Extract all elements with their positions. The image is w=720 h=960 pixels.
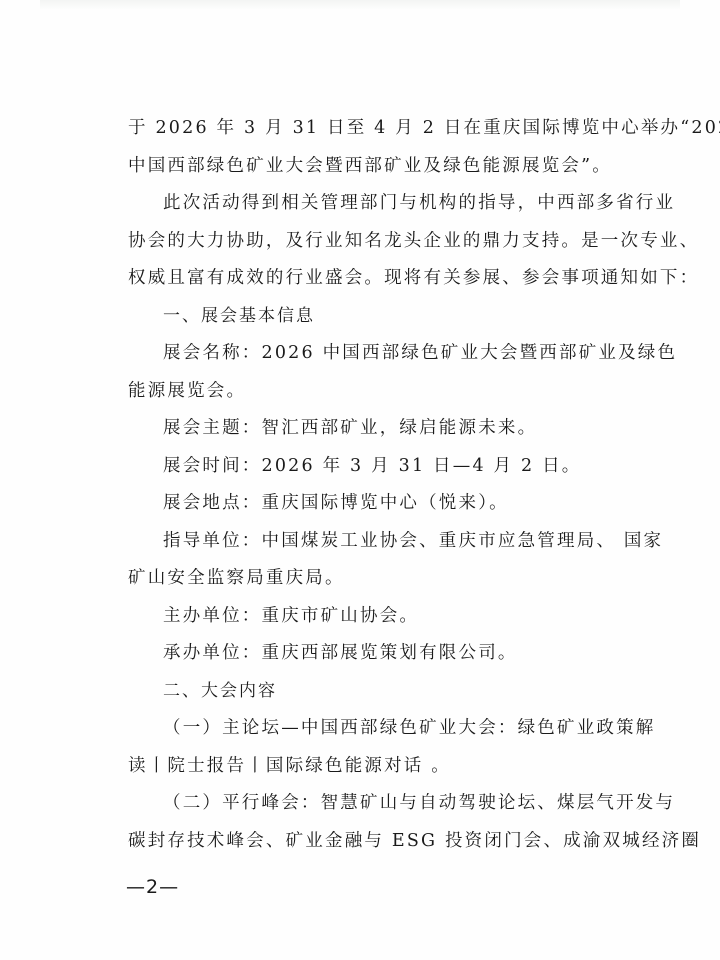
section-heading-basic-info: 一、展会基本信息: [128, 301, 618, 339]
document-body: 于 2026 年 3 月 31 日至 4 月 2 日在重庆国际博览中心举办“20…: [128, 113, 618, 863]
document-page: 于 2026 年 3 月 31 日至 4 月 2 日在重庆国际博览中心举办“20…: [0, 0, 720, 960]
text-line: 权威且富有成效的行业盛会。现将有关参展、参会事项通知如下：: [128, 263, 618, 301]
text-line-parallel-summits: （二）平行峰会：智慧矿山与自动驾驶论坛、煤层气开发与: [128, 788, 618, 826]
text-line-exhibition-name: 展会名称：2026 中国西部绿色矿业大会暨西部矿业及绿色: [128, 338, 618, 376]
text-line-guiding-units: 指导单位：中国煤炭工业协会、重庆市应急管理局、 国家: [128, 526, 618, 564]
text-line-exhibition-venue: 展会地点：重庆国际博览中心（悦来）。: [128, 488, 618, 526]
text-line-exhibition-time: 展会时间：2026 年 3 月 31 日—4 月 2 日。: [128, 451, 618, 489]
text-line: 矿山安全监察局重庆局。: [128, 563, 618, 601]
text-line-main-forum: （一）主论坛—中国西部绿色矿业大会：绿色矿业政策解: [128, 713, 618, 751]
page-number: —2—: [126, 876, 179, 898]
text-line: 中国西部绿色矿业大会暨西部矿业及绿色能源展览会”。: [128, 151, 618, 189]
text-line: 此次活动得到相关管理部门与机构的指导，中西部多省行业: [128, 188, 618, 226]
text-line-host: 主办单位：重庆市矿山协会。: [128, 601, 618, 639]
text-line: 读丨院士报告丨国际绿色能源对话 。: [128, 751, 618, 789]
scan-artifact: [40, 0, 680, 10]
text-line-exhibition-theme: 展会主题：智汇西部矿业，绿启能源未来。: [128, 413, 618, 451]
text-line: 碳封存技术峰会、矿业金融与 ESG 投资闭门会、成渝双城经济圈: [128, 826, 618, 864]
text-line: 能源展览会。: [128, 376, 618, 414]
section-heading-conference-content: 二、大会内容: [128, 676, 618, 714]
text-line-organizer: 承办单位：重庆西部展览策划有限公司。: [128, 638, 618, 676]
text-line: 于 2026 年 3 月 31 日至 4 月 2 日在重庆国际博览中心举办“20…: [128, 113, 618, 151]
text-line: 协会的大力协助，及行业知名龙头企业的鼎力支持。是一次专业、: [128, 226, 618, 264]
